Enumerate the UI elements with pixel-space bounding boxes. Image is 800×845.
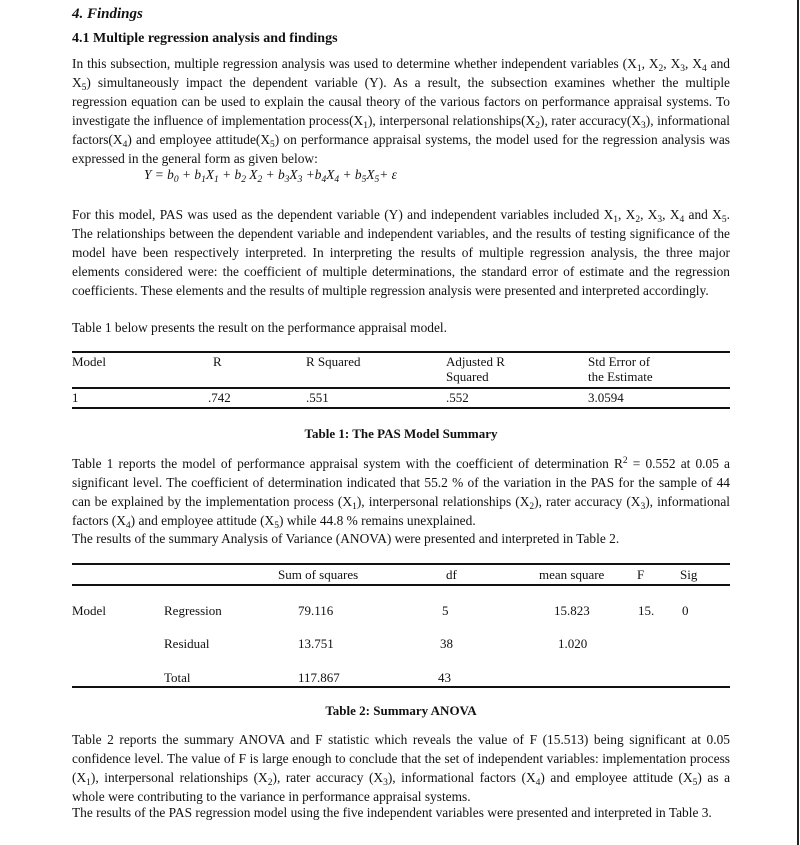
paragraph-table1-interpretation: Table 1 reports the model of performance… [72,454,730,530]
table1-header-r-squared: R Squared [306,354,361,369]
table1-header-model: Model [72,354,106,369]
table1-header-rule [72,387,730,389]
table2-bottom-rule [72,686,730,688]
table2-caption: Table 2: Summary ANOVA [72,703,730,719]
table2-header-df: df [446,567,457,582]
table2-header-f: F [637,567,644,582]
table2-header-sum-of-squares: Sum of squares [278,567,358,582]
table2-header-sig: Sig [680,567,697,582]
table1-header-adjusted-r-squared: Adjusted R Squared [446,354,505,384]
paragraph-table2-interpretation: Table 2 reports the summary ANOVA and F … [72,730,730,806]
table1-header-std-error: Std Error of the Estimate [588,354,653,384]
table1-header-r: R [213,354,222,369]
section-heading: 4. Findings [72,6,143,23]
paragraph-table1-intro: Table 1 below presents the result on the… [72,318,730,337]
paragraph-model: For this model, PAS was used as the depe… [72,205,730,300]
paragraph-intro: In this subsection, multiple regression … [72,54,730,168]
table2-header-rule [72,584,730,586]
table1-caption: Table 1: The PAS Model Summary [72,426,730,442]
table1-bottom-rule [72,407,730,409]
paragraph-table3-intro: The results of the PAS regression model … [72,803,730,822]
page-right-border [797,0,799,845]
table2-header-mean-square: mean square [539,567,604,582]
table1-top-rule [72,351,730,353]
regression-equation: Y = b0 + b1X1 + b2 X2 + b3X3 +b4X4 + b5X… [144,167,397,183]
subsection-heading: 4.1 Multiple regression analysis and fin… [72,31,338,47]
paragraph-table2-intro: The results of the summary Analysis of V… [72,529,730,548]
table2-top-rule [72,563,730,565]
